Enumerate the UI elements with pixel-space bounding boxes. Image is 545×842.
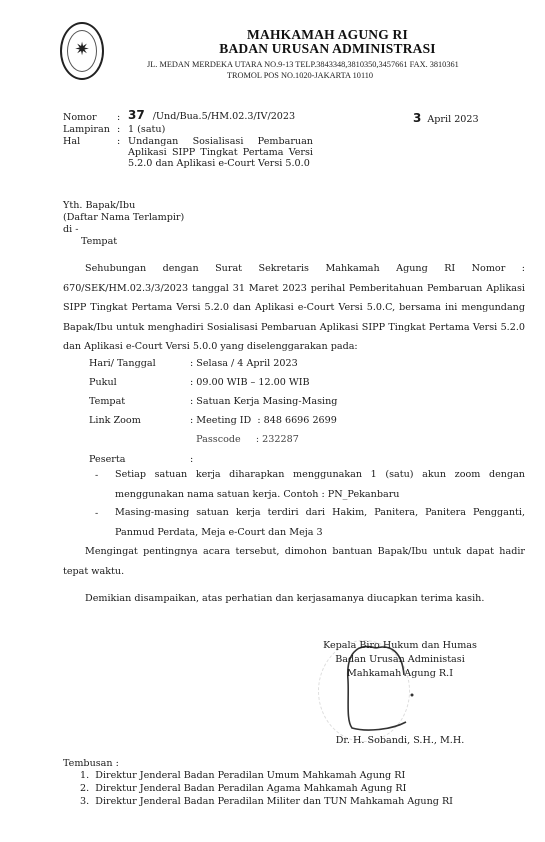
detail-label-tempat: Tempat — [89, 396, 125, 407]
detail-label-peserta: Peserta — [89, 454, 125, 465]
handwritten-number: 37 — [128, 108, 145, 122]
bullet-dash-1: - — [95, 470, 98, 481]
tembusan-item-3: 3. Direktur Jenderal Badan Peradilan Mil… — [80, 796, 453, 807]
tembusan-item-2: 2. Direktur Jenderal Badan Peradilan Aga… — [80, 783, 406, 794]
nomor-text: /Und/Bua.5/HM.02.3/IV/2023 — [153, 111, 295, 122]
org-subname: BADAN URUSAN ADMINISTRASI — [0, 41, 545, 57]
detail-label-hari: Hari/ Tanggal — [89, 358, 156, 369]
tembusan-text: Direktur Jenderal Badan Peradilan Agama … — [95, 783, 406, 794]
tembusan-text: Direktur Jenderal Badan Peradilan Milite… — [95, 796, 453, 807]
body-paragraph-1: Sehubungan dengan Surat Sekretaris Mahka… — [63, 259, 525, 357]
signature-title-2: Badan Urusan Administasi — [320, 654, 480, 665]
signatory-name: Dr. H. Sobandi, S.H., M.H. — [320, 735, 480, 746]
tembusan-num: 2. — [80, 783, 89, 794]
letter-date: 3April 2023 — [413, 111, 479, 125]
lampiran-colon: : — [117, 124, 120, 135]
body-paragraph-3: Demikian disampaikan, atas perhatian dan… — [63, 589, 525, 609]
hal-colon: : — [117, 136, 120, 147]
lampiran-value: 1 (satu) — [128, 124, 165, 135]
detail-label-zoom: Link Zoom — [89, 415, 141, 426]
bullet-text-2: Masing-masing satuan kerja terdiri dari … — [115, 503, 525, 542]
bullet-dash-2: - — [95, 508, 98, 519]
recipient-line-1: Yth. Bapak/Ibu — [63, 200, 135, 211]
date-month-year: April 2023 — [427, 114, 478, 125]
nomor-value: 37/Und/Bua.5/HM.02.3/IV/2023 — [128, 110, 295, 122]
handwritten-day: 3 — [413, 111, 421, 125]
tembusan-num: 1. — [80, 770, 89, 781]
body-paragraph-2: Mengingat pentingnya acara tersebut, dim… — [63, 542, 525, 581]
hal-label: Hal — [63, 136, 80, 147]
tembusan-text: Direktur Jenderal Badan Peradilan Umum M… — [95, 770, 405, 781]
nomor-colon: : — [117, 112, 120, 123]
recipient-line-3: di - — [63, 224, 79, 235]
tembusan-num: 3. — [80, 796, 89, 807]
recipient-line-2: (Daftar Nama Terlampir) — [63, 212, 184, 223]
recipient-line-4: Tempat — [81, 236, 117, 247]
detail-label-pukul: Pukul — [89, 377, 117, 388]
detail-value-tempat: : Satuan Kerja Masing-Masing — [190, 396, 337, 407]
detail-value-meeting-id: : Meeting ID : 848 6696 2699 — [190, 415, 337, 426]
detail-value-peserta: : — [190, 454, 193, 465]
lampiran-label: Lampiran — [63, 124, 110, 135]
signature-title-3: Mahkamah Agung R.I — [320, 668, 480, 679]
tembusan-item-1: 1. Direktur Jenderal Badan Peradilan Umu… — [80, 770, 405, 781]
hal-value: Undangan Sosialisasi Pembaruan Aplikasi … — [128, 136, 313, 169]
address-line-2: TROMOL POS NO.1020-JAKARTA 10110 — [145, 71, 455, 80]
detail-value-passcode: Passcode : 232287 — [190, 434, 299, 445]
nomor-label: Nomor — [63, 112, 97, 123]
bullet-text-1: Setiap satuan kerja diharapkan menggunak… — [115, 465, 525, 504]
tembusan-label: Tembusan : — [63, 758, 119, 769]
address-line-1: JL. MEDAN MERDEKA UTARA NO.9-13 TELP.384… — [147, 60, 545, 69]
detail-value-hari: : Selasa / 4 April 2023 — [190, 358, 298, 369]
detail-value-pukul: : 09.00 WIB – 12.00 WIB — [190, 377, 310, 388]
signature-title-1: Kepala Biro Hukum dan Humas — [320, 640, 480, 651]
